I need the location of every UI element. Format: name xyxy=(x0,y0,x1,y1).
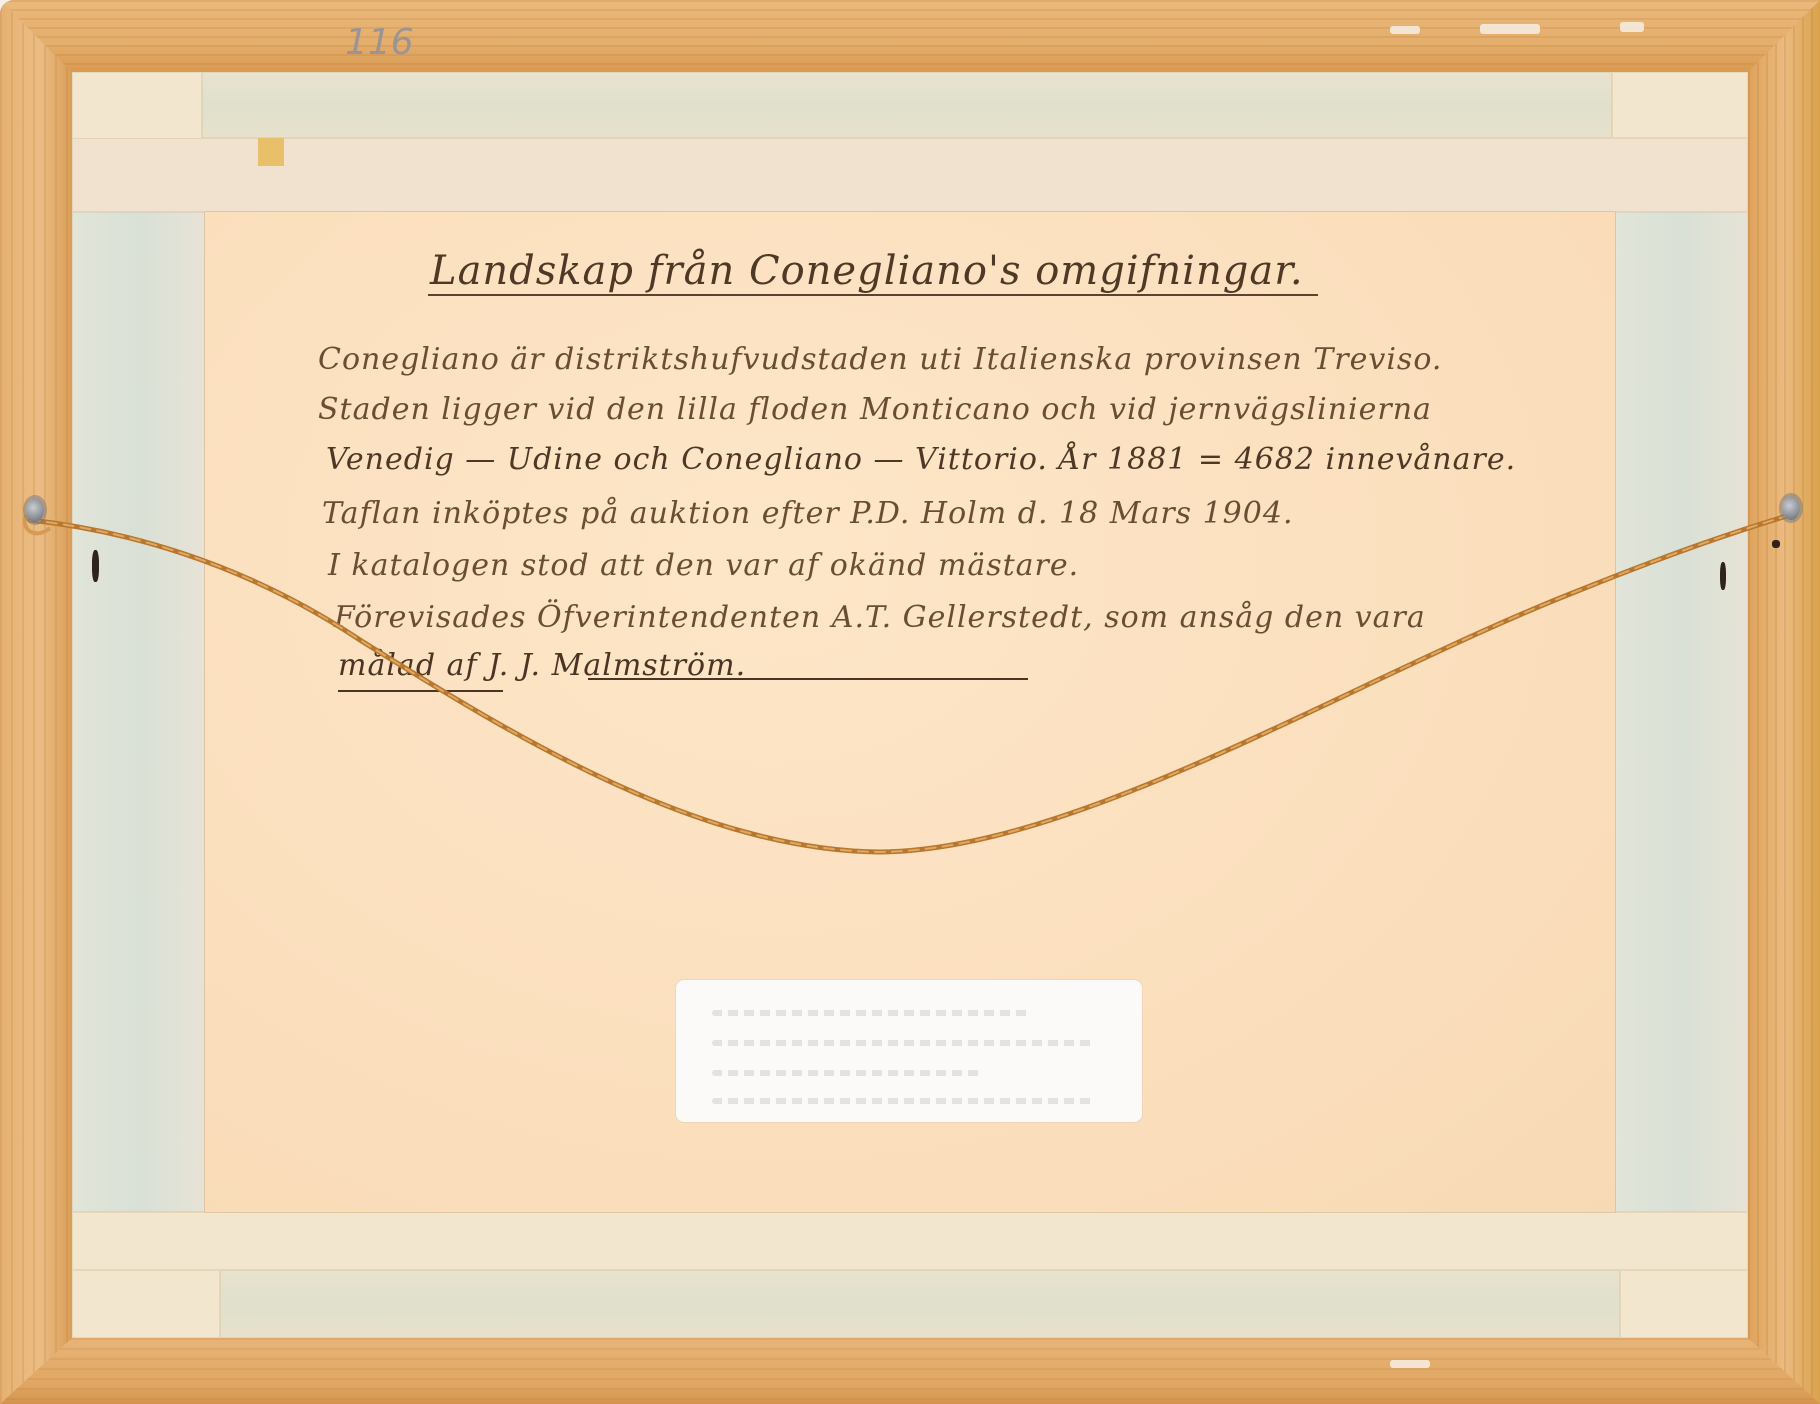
left-screw-eye-hook xyxy=(26,498,44,522)
hanging-wire xyxy=(0,0,1820,1404)
right-screw-eye-hook xyxy=(1782,496,1800,520)
frame-back-photo: Landskap från Conegliano's omgifningar. … xyxy=(0,0,1820,1404)
